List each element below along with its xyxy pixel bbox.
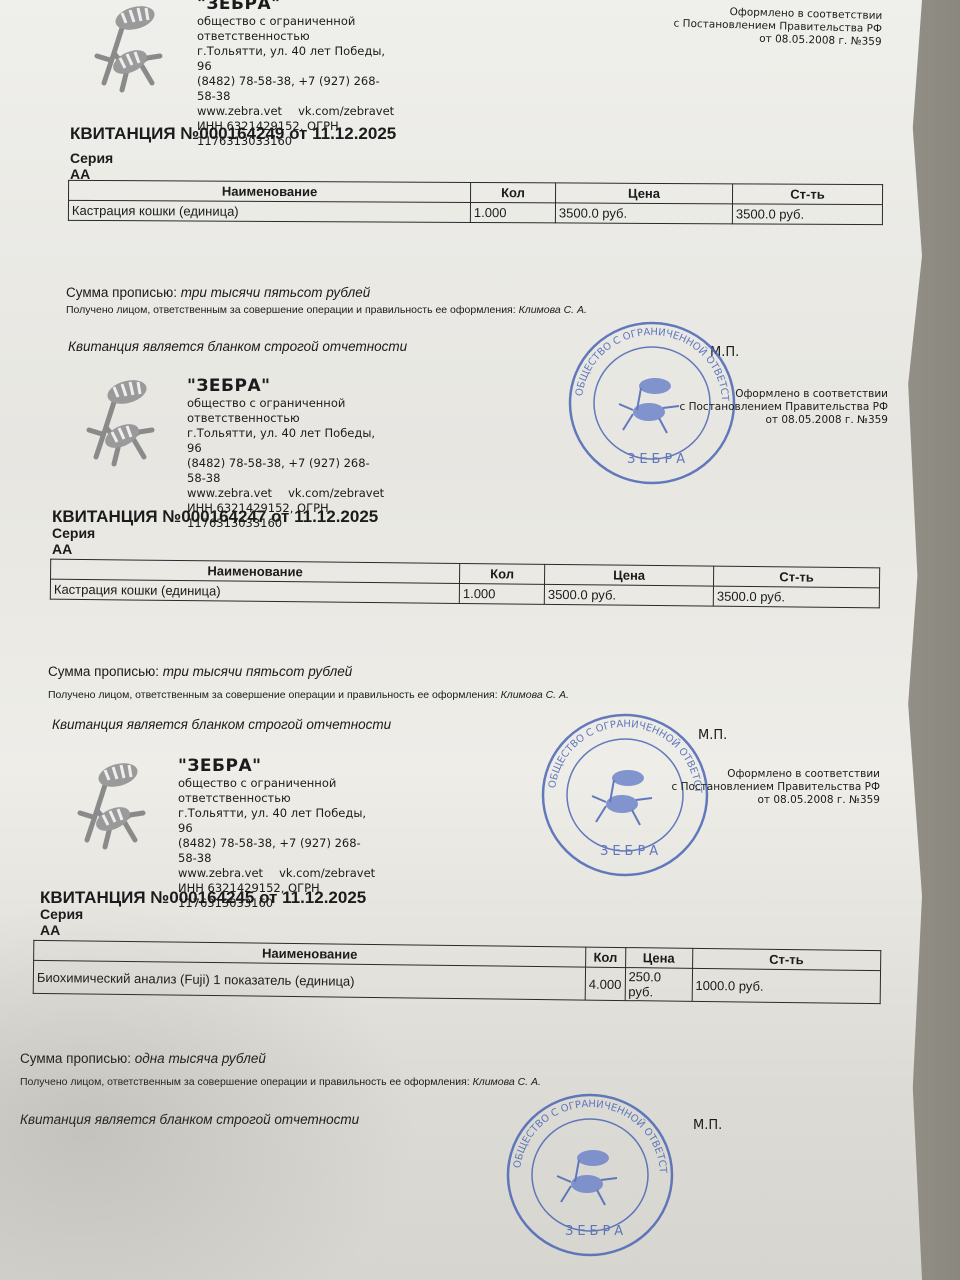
company-website[interactable]: www.zebra.vet (178, 866, 263, 880)
receipt-paper: "ЗЕБРА" общество с ограниченной ответств… (0, 0, 922, 1280)
receipt-title: КВИТАНЦИЯ №000164247 от 11.12.2025 (52, 507, 378, 527)
col-name: Наименование (69, 180, 471, 202)
company-website[interactable]: www.zebra.vet (187, 486, 272, 500)
col-qty: Кол (586, 947, 626, 967)
company-name: "ЗЕБРА" (187, 376, 384, 396)
table-row: Кастрация кошки (единица) 1.000 3500.0 р… (68, 200, 882, 224)
company-social[interactable]: vk.com/zebravet (279, 866, 375, 880)
strict-form-note: Квитанция является бланком строгой отчет… (52, 717, 391, 732)
col-price: Цена (555, 183, 732, 204)
company-name: "ЗЕБРА" (178, 756, 375, 776)
received-by: Получено лицом, ответственным за соверше… (48, 689, 569, 701)
company-legal-form: общество с ограниченной ответственностью (187, 396, 384, 426)
seal-mark: М.П. (693, 1118, 722, 1133)
regulation-note: Оформлено в соответствии с Постановление… (652, 4, 883, 49)
company-phones: (8482) 78-58-38, +7 (927) 268-58-38 (187, 456, 384, 486)
receipt-series: Серия АА (70, 150, 113, 182)
amount-in-words: Сумма прописью: три тысячи пятьсот рубле… (48, 664, 352, 679)
regulation-note: Оформлено в соответствии с Постановление… (658, 388, 888, 427)
receipt-title: КВИТАНЦИЯ №000164249 от 11.12.2025 (70, 124, 396, 144)
company-phones: (8482) 78-58-38, +7 (927) 268-58-38 (197, 74, 394, 104)
amount-in-words: Сумма прописью: одна тысяча рублей (20, 1051, 266, 1066)
received-by: Получено лицом, ответственным за соверше… (20, 1076, 541, 1088)
items-table: Наименование Кол Цена Ст-ть Кастрация ко… (68, 180, 883, 225)
company-social[interactable]: vk.com/zebravet (298, 104, 394, 118)
company-address: г.Тольятти, ул. 40 лет Победы, 96 (178, 806, 375, 836)
company-address: г.Тольятти, ул. 40 лет Победы, 96 (197, 44, 394, 74)
company-legal-form: общество с ограниченной ответственностью (197, 14, 394, 44)
col-sum: Ст-ть (692, 948, 881, 970)
regulation-note: Оформлено в соответствии с Постановление… (650, 768, 880, 807)
col-qty: Кол (471, 182, 556, 202)
col-price: Цена (625, 948, 692, 969)
col-price: Цена (544, 564, 713, 586)
zebra-logo-icon (64, 372, 164, 472)
svg-text:ЗЕБРА: ЗЕБРА (600, 844, 662, 859)
col-sum: Ст-ть (713, 566, 879, 588)
items-table: Наименование Кол Цена Ст-ть Кастрация ко… (50, 559, 880, 609)
company-name: "ЗЕБРА" (197, 0, 394, 14)
svg-text:ЗЕБРА: ЗЕБРА (627, 452, 689, 467)
received-by: Получено лицом, ответственным за соверше… (66, 304, 587, 316)
amount-in-words: Сумма прописью: три тысячи пятьсот рубле… (66, 285, 370, 300)
zebra-logo-icon (72, 0, 172, 98)
company-social[interactable]: vk.com/zebravet (288, 486, 384, 500)
svg-text:ЗЕБРА: ЗЕБРА (565, 1224, 627, 1239)
company-website[interactable]: www.zebra.vet (197, 104, 282, 118)
company-stamp-icon: ОБЩЕСТВО С ОГРАНИЧЕННОЙ ОТВЕТСТВЕННОСТЬЮ… (505, 1090, 675, 1260)
strict-form-note: Квитанция является бланком строгой отчет… (20, 1112, 359, 1127)
col-sum: Ст-ть (732, 184, 882, 205)
zebra-logo-icon (55, 755, 155, 855)
items-table: Наименование Кол Цена Ст-ть Биохимически… (33, 940, 882, 1004)
strict-form-note: Квитанция является бланком строгой отчет… (68, 339, 407, 354)
receipt-title: КВИТАНЦИЯ №000164245 от 11.12.2025 (40, 888, 366, 908)
company-address: г.Тольятти, ул. 40 лет Победы, 96 (187, 426, 384, 456)
col-qty: Кол (460, 563, 545, 584)
receipt-series: Серия АА (40, 906, 83, 938)
receipt-series: Серия АА (52, 525, 95, 557)
company-legal-form: общество с ограниченной ответственностью (178, 776, 375, 806)
company-phones: (8482) 78-58-38, +7 (927) 268-58-38 (178, 836, 375, 866)
